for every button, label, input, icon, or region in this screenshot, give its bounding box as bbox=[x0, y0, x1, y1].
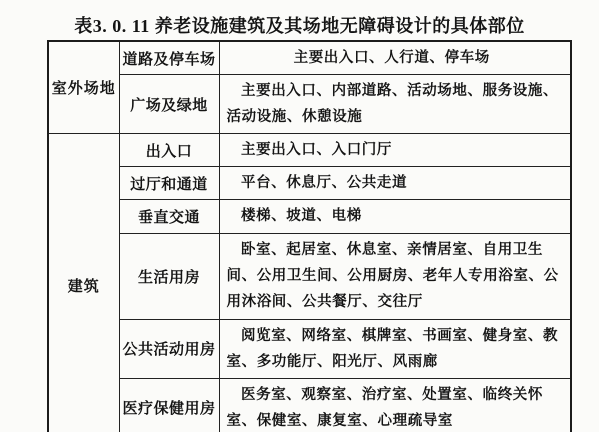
table-row: 医疗保健用房 医务室、观察室、治疗室、处置室、临终关怀室、保健室、康复室、心理疏… bbox=[48, 378, 571, 432]
part-cell-roads-parking: 道路及停车场 bbox=[119, 41, 219, 75]
part-cell-vertical-traffic: 垂直交通 bbox=[119, 200, 219, 233]
document-page: 表3. 0. 11 养老设施建筑及其场地无障碍设计的具体部位 室外场地 道路及停… bbox=[0, 0, 599, 432]
table-row: 生活用房 卧室、起居室、休息室、亲情居室、自用卫生间、公用卫生间、公用厨房、老年… bbox=[48, 233, 571, 319]
table-row: 广场及绿地 主要出入口、内部道路、活动场地、服务设施、活动设施、休憩设施 bbox=[48, 75, 571, 134]
table-row: 过厅和通道 平台、休息厅、公共走道 bbox=[48, 167, 571, 200]
detail-cell-entrance: 主要出入口、入口门厅 bbox=[219, 134, 571, 167]
part-cell-public-activity-rooms: 公共活动用房 bbox=[119, 319, 219, 378]
table-row: 建筑 出入口 主要出入口、入口门厅 bbox=[48, 134, 571, 167]
part-cell-living-rooms: 生活用房 bbox=[119, 233, 219, 319]
detail-cell-roads-parking: 主要出入口、人行道、停车场 bbox=[219, 41, 571, 75]
detail-cell-public-activity-rooms: 阅览室、网络室、棋牌室、书画室、健身室、教室、多功能厅、阳光厅、风雨廊 bbox=[219, 319, 571, 378]
detail-cell-halls-passages: 平台、休息厅、公共走道 bbox=[219, 167, 571, 200]
category-cell-building: 建筑 bbox=[48, 134, 119, 432]
part-cell-plaza-green: 广场及绿地 bbox=[119, 75, 219, 134]
detail-cell-plaza-green: 主要出入口、内部道路、活动场地、服务设施、活动设施、休憩设施 bbox=[219, 75, 571, 134]
detail-cell-medical-care-rooms: 医务室、观察室、治疗室、处置室、临终关怀室、保健室、康复室、心理疏导室 bbox=[219, 378, 571, 432]
part-cell-entrance: 出入口 bbox=[119, 134, 219, 167]
accessibility-parts-table: 室外场地 道路及停车场 主要出入口、人行道、停车场 广场及绿地 主要出入口、内部… bbox=[47, 40, 572, 432]
table-row: 公共活动用房 阅览室、网络室、棋牌室、书画室、健身室、教室、多功能厅、阳光厅、风… bbox=[48, 319, 571, 378]
detail-cell-vertical-traffic: 楼梯、坡道、电梯 bbox=[219, 200, 571, 233]
detail-cell-living-rooms: 卧室、起居室、休息室、亲情居室、自用卫生间、公用卫生间、公用厨房、老年人专用浴室… bbox=[219, 233, 571, 319]
table-row: 室外场地 道路及停车场 主要出入口、人行道、停车场 bbox=[48, 41, 571, 75]
table-title: 表3. 0. 11 养老设施建筑及其场地无障碍设计的具体部位 bbox=[0, 12, 599, 38]
category-cell-outdoor-site: 室外场地 bbox=[48, 41, 119, 134]
part-cell-halls-passages: 过厅和通道 bbox=[119, 167, 219, 200]
table-row: 垂直交通 楼梯、坡道、电梯 bbox=[48, 200, 571, 233]
part-cell-medical-care-rooms: 医疗保健用房 bbox=[119, 378, 219, 432]
